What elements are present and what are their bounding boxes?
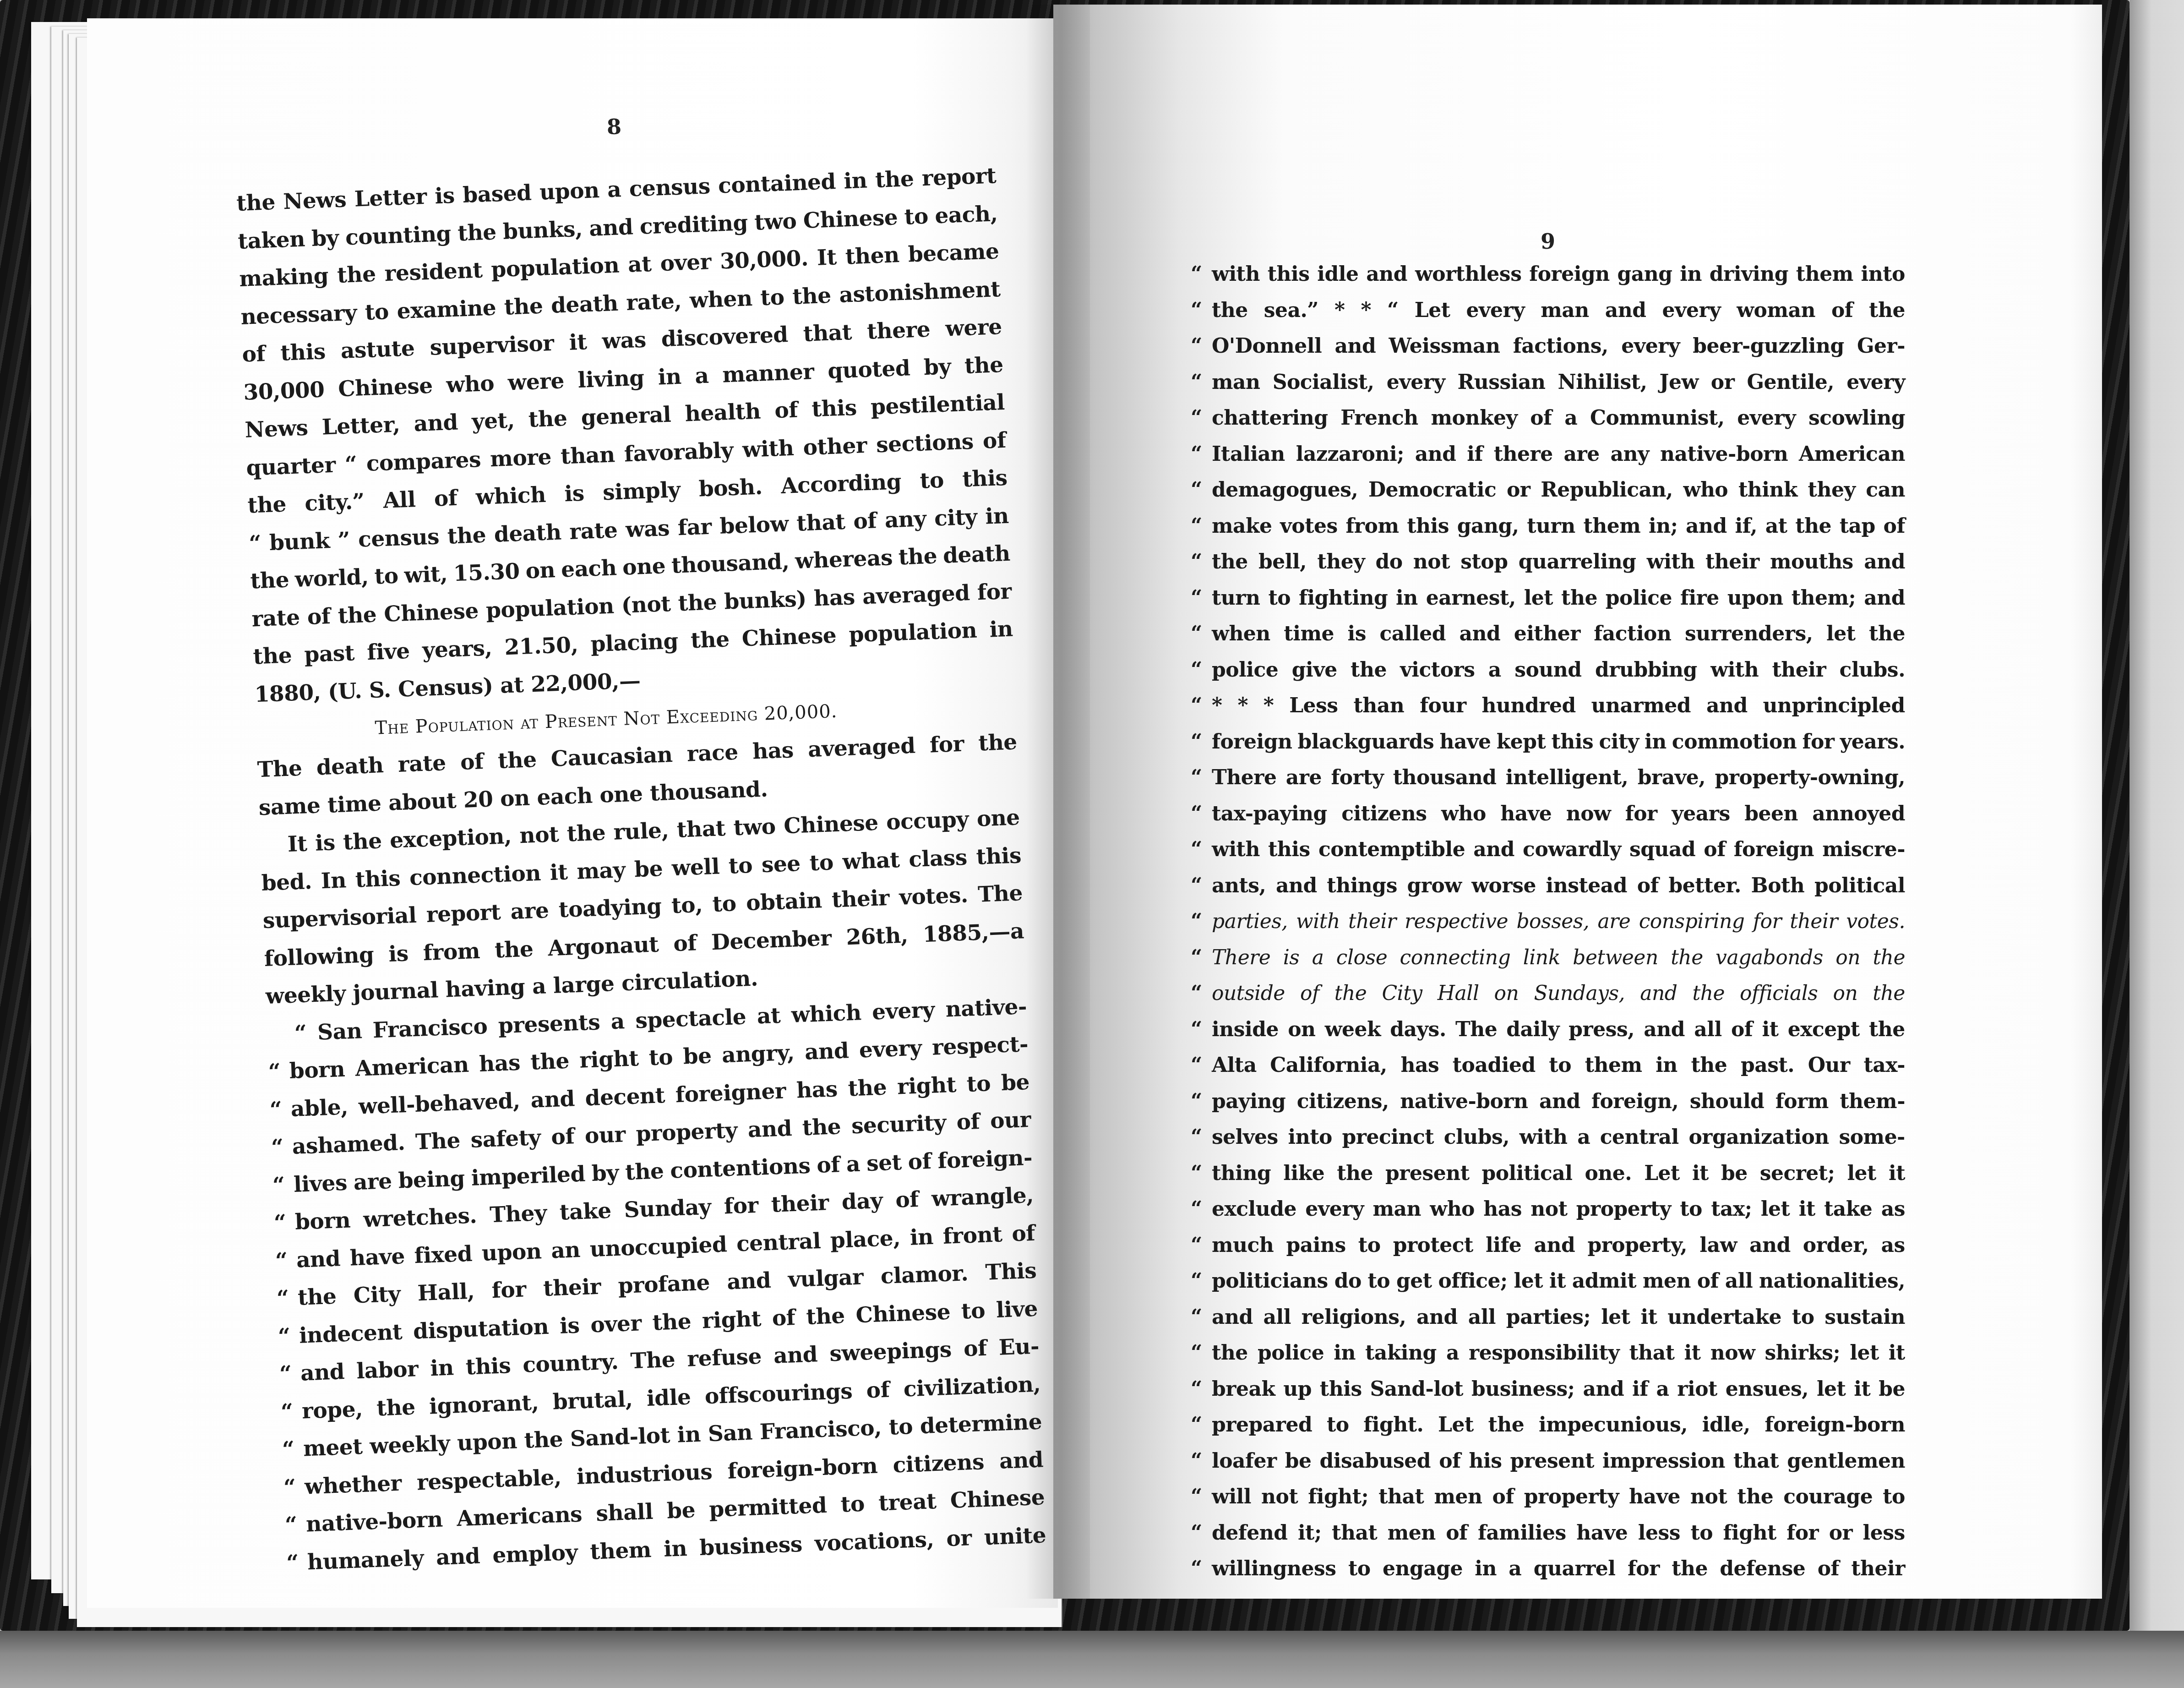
text-line: “foreignblackguardshavekeptthiscityincom… xyxy=(1191,724,1905,760)
text-line: “thepoliceintakingaresponsibilitythatitn… xyxy=(1191,1335,1905,1371)
text-line: “outsideoftheCityHallonSundays,andtheoff… xyxy=(1191,976,1905,1012)
quote-mark: “ xyxy=(1191,1191,1206,1228)
quote-mark: “ xyxy=(1191,1515,1206,1551)
text-line: “defendit;thatmenoffamilieshavelesstofig… xyxy=(1191,1515,1905,1551)
text-line: “tax-payingcitizenswhohavenowforyearsbee… xyxy=(1191,796,1905,832)
quote-mark: “ xyxy=(1191,544,1206,580)
right-page-text: 9 “withthisidleandworthlessforeigngangin… xyxy=(1191,257,1905,1587)
quote-mark: “ xyxy=(268,1053,285,1092)
quote-mark: “ xyxy=(1191,940,1206,976)
table-background xyxy=(2130,0,2184,1688)
text-line: “ants,andthingsgrowworseinsteadofbetter.… xyxy=(1191,868,1905,904)
quote-mark: “ xyxy=(1191,1048,1206,1084)
text-line: “Italianlazzaroni;andifthereareanynative… xyxy=(1191,437,1905,473)
paragraph: theNewsLetterisbaseduponacensuscontained… xyxy=(236,157,1015,714)
quote-mark: “ xyxy=(1191,400,1206,437)
text-line: “***Lessthanfourhundredunarmedandunprinc… xyxy=(1191,688,1905,724)
quote-mark: “ xyxy=(271,1128,288,1167)
quote-mark: “ xyxy=(1191,832,1206,868)
quote-mark: “ xyxy=(1191,724,1206,760)
table-background-bottom xyxy=(0,1631,2184,1688)
quote-mark: “ xyxy=(1191,508,1206,545)
text-line: “Thereisacloseconnectinglinkbetweentheva… xyxy=(1191,940,1905,976)
quote-mark: “ xyxy=(1191,616,1206,652)
quote-mark: “ xyxy=(282,1431,299,1469)
quote-mark: “ xyxy=(1191,1300,1206,1336)
quote-mark: “ xyxy=(1191,472,1206,508)
quote-mark: “ xyxy=(1191,257,1206,293)
quote-mark: “ xyxy=(1191,293,1206,329)
text-line: “selvesintoprecinctclubs,withacentralorg… xyxy=(1191,1120,1905,1156)
page-number: 9 xyxy=(1191,229,1905,254)
quote-mark: “ xyxy=(1191,652,1206,688)
left-page-text: 8 theNewsLetterisbaseduponacensuscontain… xyxy=(238,219,1047,1582)
text-line: “andallreligions,andallparties;letitunde… xyxy=(1191,1300,1905,1336)
text-line: “loaferbedisabusedofhispresentimpression… xyxy=(1191,1443,1905,1480)
quote-mark: “ xyxy=(1191,437,1206,473)
quote-mark: “ xyxy=(1191,1263,1206,1300)
text-line: “willingnesstoengageinaquarrelforthedefe… xyxy=(1191,1551,1905,1587)
quote-mark: “ xyxy=(1191,580,1206,617)
text-line: “breakupthisSand-lotbusiness;andifariote… xyxy=(1191,1371,1905,1408)
text-line: “whentimeiscalledandeitherfactionsurrend… xyxy=(1191,616,1905,652)
quote-mark: “ xyxy=(1191,365,1206,401)
text-line: “preparedtofight.Lettheimpecunious,idle,… xyxy=(1191,1407,1905,1443)
block-quote: “SanFranciscopresentsaspectacleatwhichev… xyxy=(267,988,1047,1582)
text-line: “AltaCalifornia,hastoadiedtotheminthepas… xyxy=(1191,1048,1905,1084)
quote-mark: “ xyxy=(278,1317,294,1356)
quote-mark: “ xyxy=(276,1279,293,1318)
text-line: “O'DonnellandWeissmanfactions,everybeer-… xyxy=(1191,328,1905,365)
quote-mark: “ xyxy=(273,1204,290,1242)
text-line: “Therearefortythousandintelligent,brave,… xyxy=(1191,760,1905,796)
quote-mark: “ xyxy=(1191,904,1206,940)
quote-mark: “ xyxy=(283,1468,300,1507)
quote-mark: “ xyxy=(1191,1228,1206,1264)
text-line: “thebell,theydonotstopquarrelingwiththei… xyxy=(1191,544,1905,580)
text-line: “turntofightinginearnest,letthepolicefir… xyxy=(1191,580,1905,617)
quote-mark: “ xyxy=(1191,976,1206,1012)
quote-mark: “ xyxy=(1191,1479,1206,1515)
text-line: “insideonweekdays.Thedailypress,andallof… xyxy=(1191,1012,1905,1048)
text-line: “chatteringFrenchmonkeyofaCommunist,ever… xyxy=(1191,400,1905,437)
quote-mark: “ xyxy=(1191,1084,1206,1120)
text-line: “excludeeverymanwhohasnotpropertytotax;l… xyxy=(1191,1191,1905,1228)
text-line: “withthisidleandworthlessforeigngangindr… xyxy=(1191,257,1905,293)
text-line: “withthiscontemptibleandcowardlysquadoff… xyxy=(1191,832,1905,868)
quote-mark: “ xyxy=(279,1355,296,1393)
text-line: “muchpainstoprotectlifeandproperty,lawan… xyxy=(1191,1228,1905,1264)
paragraph: Itistheexception,nottherule,thattwoChine… xyxy=(259,799,1026,1016)
text-line: “parties,withtheirrespectivebosses,areco… xyxy=(1191,904,1905,940)
quote-mark: “ xyxy=(1191,1551,1206,1587)
quote-mark: “ xyxy=(1191,868,1206,904)
quote-mark: “ xyxy=(1191,1156,1206,1192)
quote-mark: “ xyxy=(1191,1371,1206,1408)
quote-mark: “ xyxy=(1191,328,1206,365)
block-quote: “withthisidleandworthlessforeigngangindr… xyxy=(1191,257,1905,1587)
quote-mark: “ xyxy=(1191,1335,1206,1371)
quote-mark: “ xyxy=(284,1506,301,1545)
quote-mark: “ xyxy=(272,1166,289,1205)
text-line: “thinglikethepresentpoliticalone.Letitbe… xyxy=(1191,1156,1905,1192)
quote-mark: “ xyxy=(275,1242,292,1280)
text-line: “politiciansdotogetoffice;letitadmitmeno… xyxy=(1191,1263,1905,1300)
quote-mark: “ xyxy=(1191,688,1206,724)
text-line: “policegivethevictorsasounddrubbingwitht… xyxy=(1191,652,1905,688)
text-line: “thesea.”**“Leteverymanandeverywomanofth… xyxy=(1191,293,1905,329)
quote-mark: “ xyxy=(286,1544,303,1582)
quote-mark: “ xyxy=(1191,1012,1206,1048)
quote-mark: “ xyxy=(1191,796,1206,832)
text-line: “willnotfight;thatmenofpropertyhavenotth… xyxy=(1191,1479,1905,1515)
quote-mark: “ xyxy=(1191,1120,1206,1156)
quote-mark: “ xyxy=(280,1393,297,1431)
quote-mark: “ xyxy=(1191,1443,1206,1480)
quote-mark: “ xyxy=(1191,760,1206,796)
text-line: “payingcitizens,native-bornandforeign,sh… xyxy=(1191,1084,1905,1120)
text-line: “demagogues,DemocraticorRepublican,whoth… xyxy=(1191,472,1905,508)
text-line: “makevotesfromthisgang,turnthemin;andif,… xyxy=(1191,508,1905,545)
quote-mark: “ xyxy=(269,1091,286,1129)
text-line: “manSocialist,everyRussianNihilist,Jewor… xyxy=(1191,365,1905,401)
quote-mark: “ xyxy=(1191,1407,1206,1443)
